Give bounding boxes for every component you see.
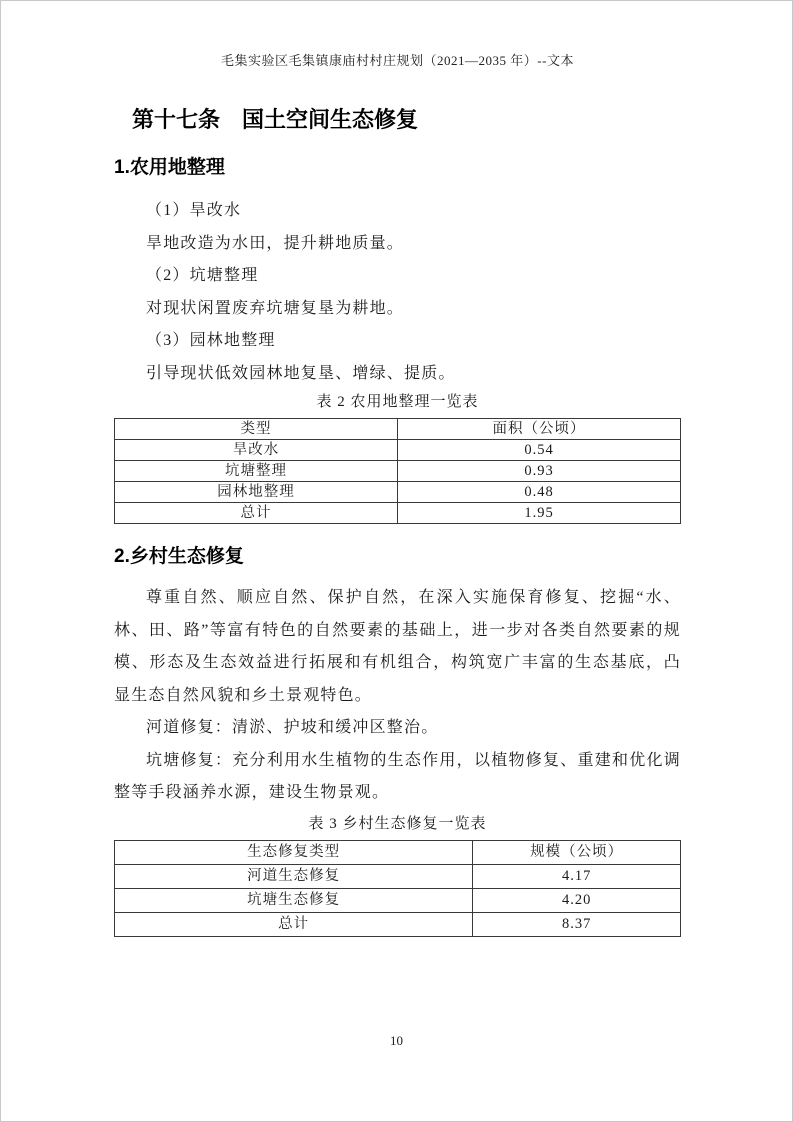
table-header-row: 类型 面积（公顷） <box>115 419 681 440</box>
table-cell: 坑塘生态修复 <box>115 888 473 912</box>
table-header-cell: 生态修复类型 <box>115 840 473 864</box>
table-cell: 河道生态修复 <box>115 864 473 888</box>
table-header-cell: 面积（公顷） <box>398 419 681 440</box>
section-1-heading: 1.农用地整理 <box>114 155 681 181</box>
section-2-heading: 2.乡村生态修复 <box>114 544 681 570</box>
table-row: 坑塘生态修复 4.20 <box>115 888 681 912</box>
running-header: 毛集实验区毛集镇康庙村村庄规划（2021—2035 年）--文本 <box>114 53 681 69</box>
body-paragraph: 尊重自然、顺应自然、保护自然，在深入实施保育修复、挖掘“水、林、田、路”等富有特… <box>114 582 681 712</box>
table-cell: 园林地整理 <box>115 482 398 503</box>
page-number: 10 <box>1 1033 792 1049</box>
table-cell: 0.48 <box>398 482 681 503</box>
section-2-body: 尊重自然、顺应自然、保护自然，在深入实施保育修复、挖掘“水、林、田、路”等富有特… <box>114 582 681 810</box>
body-paragraph: 对现状闲置废弃坑塘复垦为耕地。 <box>114 293 681 326</box>
table-cell: 1.95 <box>398 503 681 524</box>
body-paragraph: （2）坑塘整理 <box>114 260 681 293</box>
table-2-farmland-consolidation: 类型 面积（公顷） 旱改水 0.54 坑塘整理 0.93 园林地整理 0.48 … <box>114 418 681 524</box>
table-row: 园林地整理 0.48 <box>115 482 681 503</box>
table-cell: 0.93 <box>398 461 681 482</box>
table-row: 总计 1.95 <box>115 503 681 524</box>
table-cell: 坑塘整理 <box>115 461 398 482</box>
body-paragraph: （1）旱改水 <box>114 195 681 228</box>
table-header-cell: 类型 <box>115 419 398 440</box>
table-cell: 总计 <box>115 503 398 524</box>
table-row: 旱改水 0.54 <box>115 440 681 461</box>
body-paragraph: 引导现状低效园林地复垦、增绿、提质。 <box>114 358 681 391</box>
table-row: 坑塘整理 0.93 <box>115 461 681 482</box>
table-2-caption: 表 2 农用地整理一览表 <box>114 390 681 414</box>
table-cell: 0.54 <box>398 440 681 461</box>
table-row: 总计 8.37 <box>115 912 681 936</box>
table-cell: 旱改水 <box>115 440 398 461</box>
body-paragraph: 坑塘修复：充分利用水生植物的生态作用，以植物修复、重建和优化调整等手段涵养水源，… <box>114 745 681 810</box>
body-paragraph: （3）园林地整理 <box>114 325 681 358</box>
table-3-rural-ecological-restoration: 生态修复类型 规模（公顷） 河道生态修复 4.17 坑塘生态修复 4.20 总计… <box>114 840 681 937</box>
table-cell: 8.37 <box>473 912 681 936</box>
body-paragraph: 旱地改造为水田，提升耕地质量。 <box>114 228 681 261</box>
article-title: 第十七条 国土空间生态修复 <box>132 105 681 135</box>
document-page: 毛集实验区毛集镇康庙村村庄规划（2021—2035 年）--文本 第十七条 国土… <box>0 0 793 1122</box>
table-3-caption: 表 3 乡村生态修复一览表 <box>114 812 681 836</box>
table-cell: 4.17 <box>473 864 681 888</box>
table-cell: 总计 <box>115 912 473 936</box>
table-cell: 4.20 <box>473 888 681 912</box>
table-row: 河道生态修复 4.17 <box>115 864 681 888</box>
section-1-body: （1）旱改水 旱地改造为水田，提升耕地质量。 （2）坑塘整理 对现状闲置废弃坑塘… <box>114 195 681 390</box>
table-header-row: 生态修复类型 规模（公顷） <box>115 840 681 864</box>
table-header-cell: 规模（公顷） <box>473 840 681 864</box>
body-paragraph: 河道修复：清淤、护坡和缓冲区整治。 <box>114 712 681 745</box>
